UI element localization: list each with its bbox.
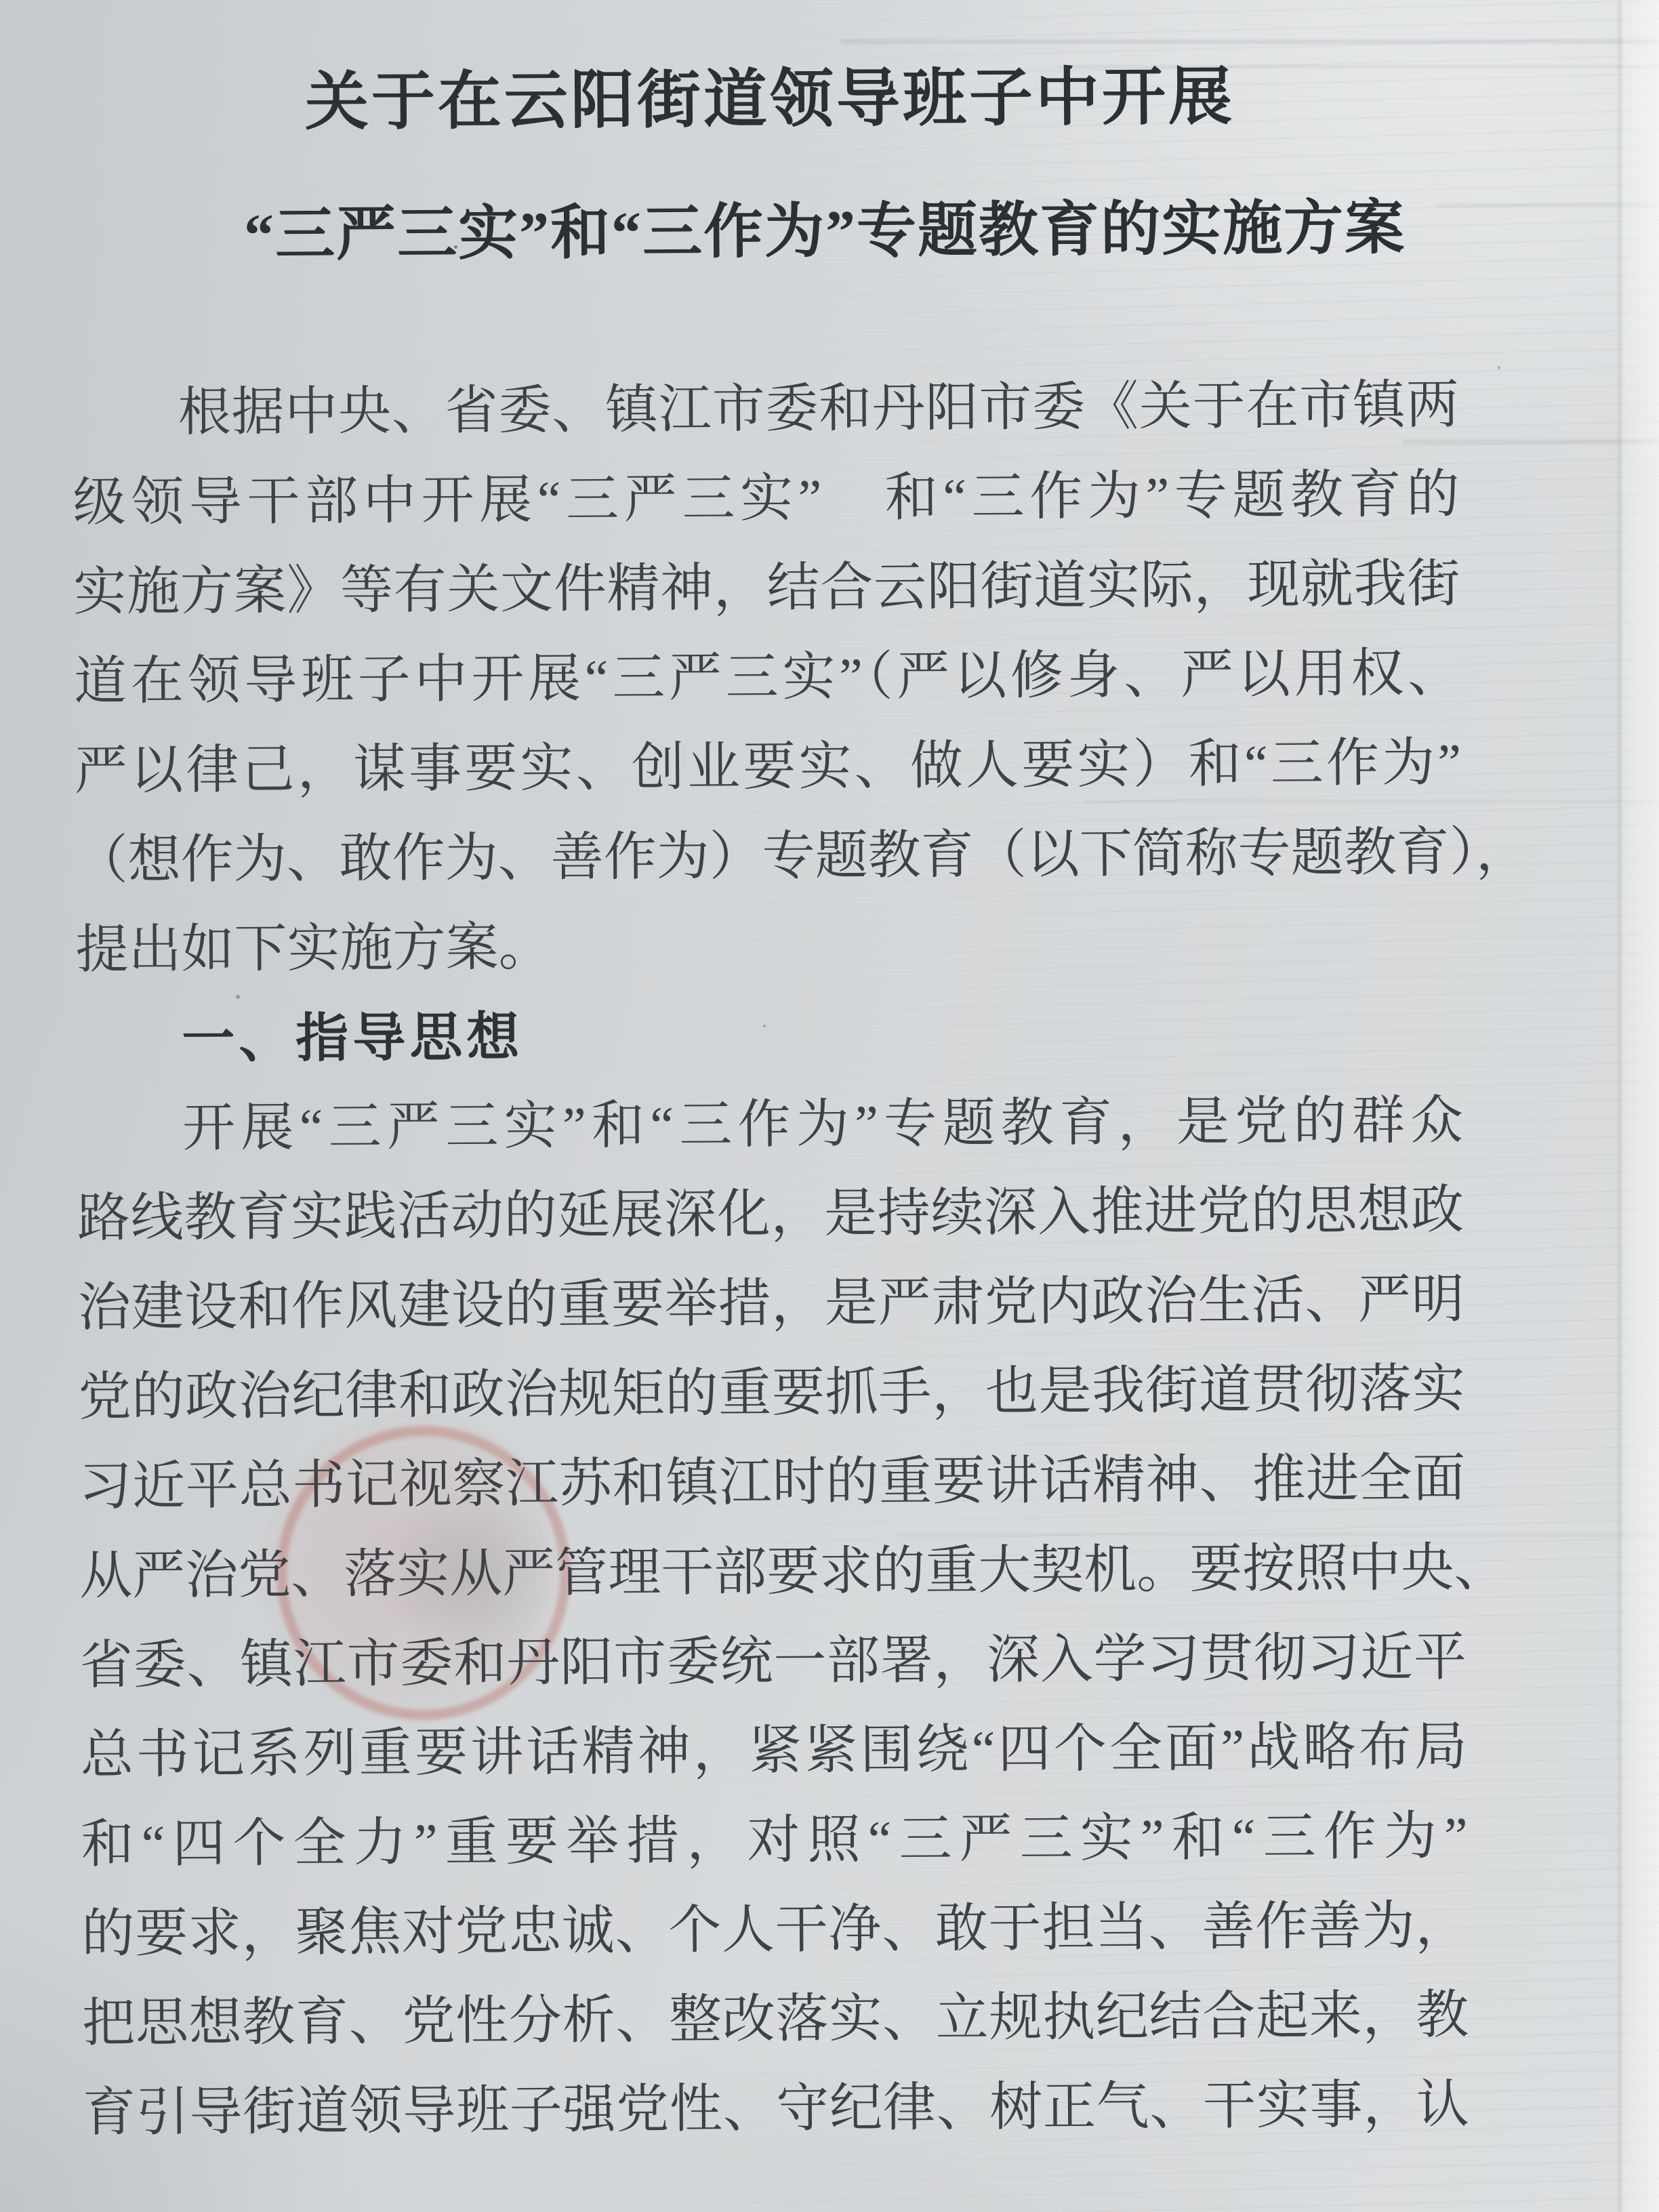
document-text-layer: 关于在云阳街道领导班子中开展 “三严三实”和“三作为”专题教育的实施方案 根据中…: [0, 0, 1659, 2212]
document-title-line-1: 关于在云阳街道领导班子中开展: [0, 47, 1599, 152]
body-line: 习近平总书记视察江苏和镇江时的重要讲话精神、推进全面: [79, 1433, 1466, 1531]
section-heading: 一、指导思想: [76, 986, 1463, 1084]
body-line: 省委、镇江市委和丹阳市委统一部署，深入学习贯彻习近平: [80, 1612, 1467, 1710]
body-line: 道在领导班子中开展“三严三实”（严以修身、严以用权、: [74, 628, 1461, 726]
document-body: 根据中央、省委、镇江市委和丹阳市委《关于在市镇两 级领导干部中开展“三严三实” …: [72, 360, 1469, 2157]
body-line: 的要求，聚焦对党忠诚、个人干净、敢于担当、善作善为，: [81, 1881, 1469, 1978]
document-page: 关于在云阳街道领导班子中开展 “三严三实”和“三作为”专题教育的实施方案 根据中…: [0, 0, 1659, 2212]
body-line: 总书记系列重要讲话精神，紧紧围绕“四个全面”战略布局: [80, 1702, 1467, 1799]
body-line: 和“四个全力”重要举措，对照“三严三实”和“三作为”: [81, 1791, 1468, 1889]
body-line: 路线教育实践活动的延展深化，是持续深入推进党的思想政: [77, 1165, 1465, 1263]
body-line: 开展“三严三实”和“三作为”专题教育，是党的群众: [77, 1076, 1464, 1173]
body-line: 从严治党、落实从严管理干部要求的重大契机。要按照中央、: [79, 1523, 1467, 1620]
body-line: 提出如下实施方案。: [75, 897, 1462, 994]
body-line: 根据中央、省委、镇江市委和丹阳市委《关于在市镇两: [72, 360, 1459, 457]
body-line: （想作为、敢作为、善作为）专题教育（以下简称专题教育），: [75, 807, 1462, 905]
body-line: 育引导街道领导班子强党性、守纪律、树正气、干实事，认: [83, 2060, 1470, 2157]
document-title-line-2: “三严三实”和“三作为”专题教育的实施方案: [0, 180, 1655, 285]
page-right-edge-highlight: [1621, 0, 1659, 2212]
body-line: 实施方案》等有关文件精神，结合云阳街道实际，现就我街: [73, 539, 1460, 636]
body-line: 党的政治纪律和政治规矩的重要抓手，也是我街道贯彻落实: [78, 1344, 1465, 1441]
body-line: 级领导干部中开展“三严三实” 和“三作为”专题教育的: [73, 449, 1460, 547]
body-line: 把思想教育、党性分析、整改落实、立规执纪结合起来，教: [82, 1970, 1469, 2068]
body-line: 严以律己，谋事要实、创业要实、做人要实）和“三作为”: [75, 718, 1462, 815]
body-line: 治建设和作风建设的重要举措，是严肃党内政治生活、严明: [77, 1254, 1465, 1352]
